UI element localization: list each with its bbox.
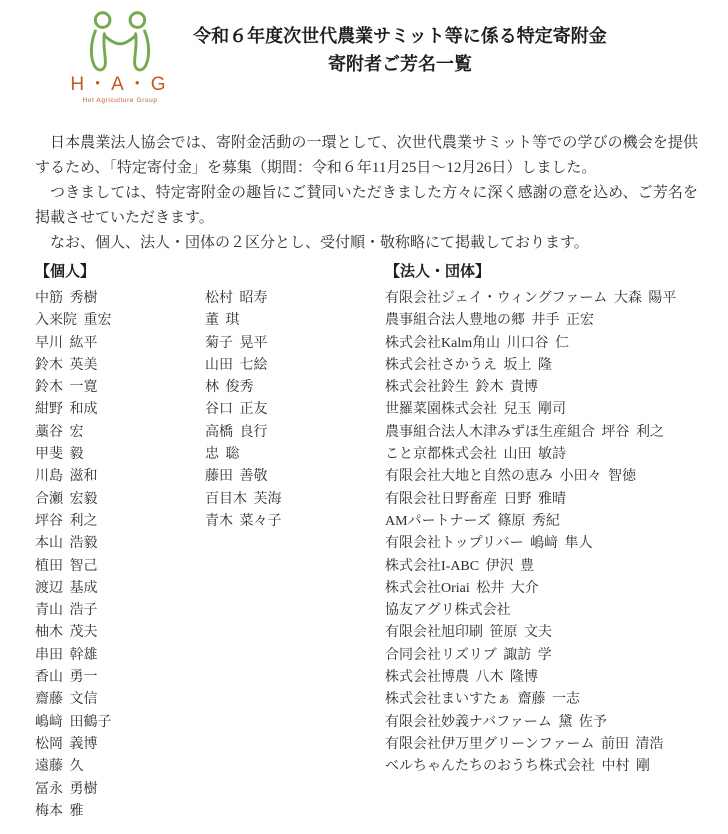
individual-name: 林 俊秀 xyxy=(205,377,385,399)
intro-paragraph: なお、個人、法人・団体の２区分とし、受付順・敬称略にて掲載しております。 xyxy=(35,231,698,256)
corporation-entry: 株式会社Oriai 松井 大介 xyxy=(385,578,728,600)
corporation-entry: 株式会社まいすたぁ 齋藤 一志 xyxy=(385,689,728,711)
corporations-heading: 【法人・団体】 xyxy=(385,262,728,282)
individual-name: 菊子 晃平 xyxy=(205,333,385,355)
document-page: H・A・G Hot Agriculture Group 令和６年度次世代農業サミ… xyxy=(0,0,728,834)
corporation-entry: 農事組合法人木津みずほ生産組合 坪谷 利之 xyxy=(385,422,728,444)
corporation-entry: 合同会社リズリブ 諏訪 学 xyxy=(385,645,728,667)
corporation-entry: 有限会社旭印刷 笹原 文夫 xyxy=(385,622,728,644)
individual-name: 渡辺 基成 xyxy=(35,578,205,600)
individuals-column-1: 中筋 秀樹入来院 重宏早川 紘平鈴木 英美鈴木 一寛紺野 和成藁谷 宏甲斐 毅川… xyxy=(35,288,205,823)
individual-name: 梅本 雅 xyxy=(35,801,205,823)
corporation-entry: 有限会社伊万里グリーンファーム 前田 清浩 xyxy=(385,734,728,756)
individual-name: 中筋 秀樹 xyxy=(35,288,205,310)
corporation-entry: こと京都株式会社 山田 敏詩 xyxy=(385,444,728,466)
individual-name: 鈴木 一寛 xyxy=(35,377,205,399)
individual-name: 鈴木 英美 xyxy=(35,355,205,377)
individual-name: 入来院 重宏 xyxy=(35,310,205,332)
corporation-entry: 世羅菜園株式会社 兒玉 剛司 xyxy=(385,399,728,421)
corporations-section: 【法人・団体】 有限会社ジェイ・ウィングファーム 大森 陽平農事組合法人豊地の郷… xyxy=(385,262,728,823)
title-block: 令和６年度次世代農業サミット等に係る特定寄附金 寄附者ご芳名一覧 xyxy=(150,22,650,78)
page-title: 令和６年度次世代農業サミット等に係る特定寄附金 xyxy=(150,22,650,50)
corporations-list: 有限会社ジェイ・ウィングファーム 大森 陽平農事組合法人豊地の郷 井手 正宏株式… xyxy=(385,288,728,779)
individuals-heading: 【個人】 xyxy=(35,262,385,282)
corporation-entry: 有限会社日野畜産 日野 雅晴 xyxy=(385,489,728,511)
corporation-entry: 株式会社博農 八木 隆博 xyxy=(385,667,728,689)
corporation-entry: 株式会社さかうえ 坂上 隆 xyxy=(385,355,728,377)
individual-name: 高橋 良行 xyxy=(205,422,385,444)
individual-name: 山田 七絵 xyxy=(205,355,385,377)
corporation-entry: 有限会社大地と自然の恵み 小田々 智徳 xyxy=(385,466,728,488)
individual-name: 本山 浩毅 xyxy=(35,533,205,555)
corporation-entry: 株式会社I-ABC 伊沢 豊 xyxy=(385,556,728,578)
logo-tagline: Hot Agriculture Group xyxy=(62,97,178,104)
individual-name: 松岡 義博 xyxy=(35,734,205,756)
individual-name: 嶋﨑 田鶴子 xyxy=(35,712,205,734)
individual-name: 松村 昭寿 xyxy=(205,288,385,310)
individual-name: 忠 聡 xyxy=(205,444,385,466)
individual-name: 青山 浩子 xyxy=(35,600,205,622)
corporation-entry: 株式会社鈴生 鈴木 貴博 xyxy=(385,377,728,399)
intro-paragraph: 日本農業法人協会では、寄附金活動の一環として、次世代農業サミット等での学びの機会… xyxy=(35,131,698,181)
corporation-entry: 有限会社妙義ナバファーム 黛 佐予 xyxy=(385,712,728,734)
individual-name: 柚木 茂夫 xyxy=(35,622,205,644)
corporation-entry: ベルちゃんたちのおうち株式会社 中村 剛 xyxy=(385,756,728,778)
individual-name: 齋藤 文信 xyxy=(35,689,205,711)
individuals-section: 【個人】 中筋 秀樹入来院 重宏早川 紘平鈴木 英美鈴木 一寛紺野 和成藁谷 宏… xyxy=(35,262,385,823)
individual-name: 藤田 善敬 xyxy=(205,466,385,488)
corporation-entry: 協友アグリ株式会社 xyxy=(385,600,728,622)
individual-name: 百目木 芙海 xyxy=(205,489,385,511)
corporation-entry: 有限会社トップリバー 嶋﨑 隼人 xyxy=(385,533,728,555)
header: H・A・G Hot Agriculture Group 令和６年度次世代農業サミ… xyxy=(0,0,728,115)
individual-name: 藁谷 宏 xyxy=(35,422,205,444)
corporation-entry: 株式会社Kalm角山 川口谷 仁 xyxy=(385,333,728,355)
corporation-entry: AMパートナーズ 篠原 秀紀 xyxy=(385,511,728,533)
individual-name: 香山 勇一 xyxy=(35,667,205,689)
individuals-column-2: 松村 昭寿董 琪菊子 晃平山田 七絵林 俊秀谷口 正友高橋 良行忠 聡藤田 善敬… xyxy=(205,288,385,823)
individuals-columns: 中筋 秀樹入来院 重宏早川 紘平鈴木 英美鈴木 一寛紺野 和成藁谷 宏甲斐 毅川… xyxy=(35,288,385,823)
corporation-entry: 有限会社ジェイ・ウィングファーム 大森 陽平 xyxy=(385,288,728,310)
individual-name: 紺野 和成 xyxy=(35,399,205,421)
individual-name: 青木 菜々子 xyxy=(205,511,385,533)
individual-name: 谷口 正友 xyxy=(205,399,385,421)
individual-name: 董 琪 xyxy=(205,310,385,332)
individual-name: 坪谷 利之 xyxy=(35,511,205,533)
individual-name: 串田 幹雄 xyxy=(35,645,205,667)
individual-name: 早川 紘平 xyxy=(35,333,205,355)
individual-name: 川島 滋和 xyxy=(35,466,205,488)
individual-name: 甲斐 毅 xyxy=(35,444,205,466)
donor-lists: 【個人】 中筋 秀樹入来院 重宏早川 紘平鈴木 英美鈴木 一寛紺野 和成藁谷 宏… xyxy=(0,256,728,823)
individual-name: 合瀬 宏毅 xyxy=(35,489,205,511)
page-subtitle: 寄附者ご芳名一覧 xyxy=(150,50,650,78)
intro-paragraphs: 日本農業法人協会では、寄附金活動の一環として、次世代農業サミット等での学びの機会… xyxy=(0,115,728,256)
intro-paragraph: つきましては、特定寄附金の趣旨にご賛同いただきました方々に深く感謝の意を込め、ご… xyxy=(35,181,698,231)
corporation-entry: 農事組合法人豊地の郷 井手 正宏 xyxy=(385,310,728,332)
individual-name: 遠藤 久 xyxy=(35,756,205,778)
individual-name: 冨永 勇樹 xyxy=(35,779,205,801)
individual-name: 植田 智己 xyxy=(35,556,205,578)
